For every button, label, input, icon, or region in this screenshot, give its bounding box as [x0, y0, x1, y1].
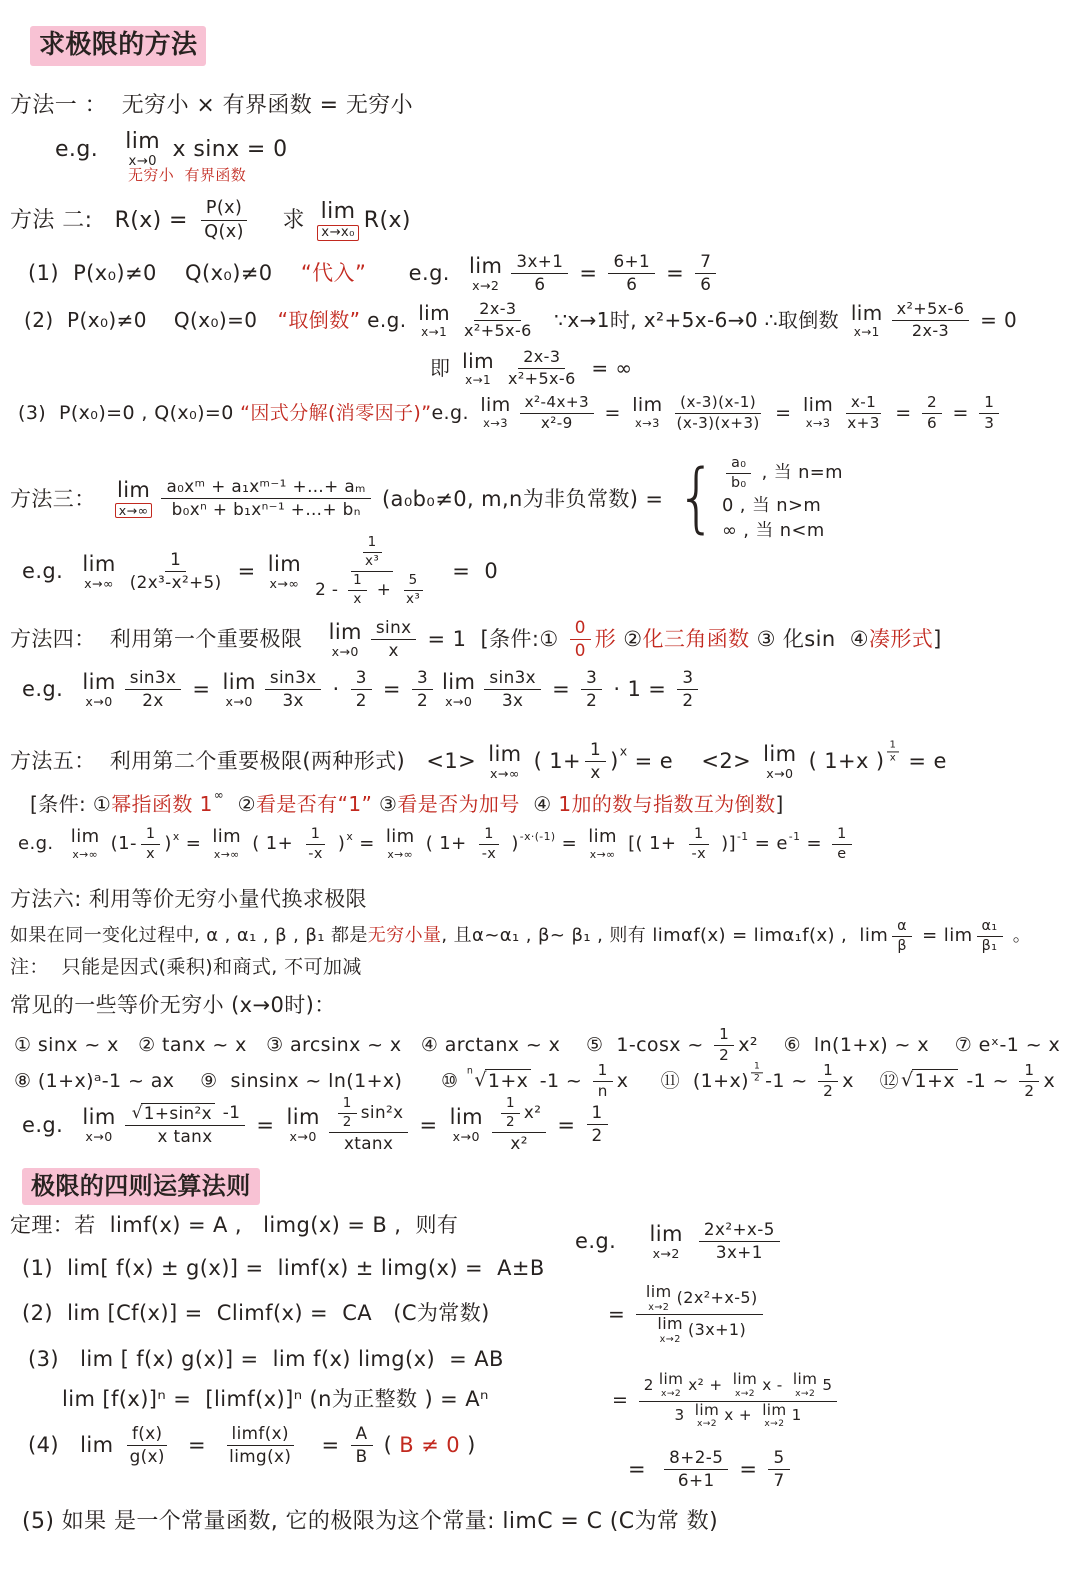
token-row: limf(x): [227, 1424, 294, 1446]
lim-word: lim: [450, 1106, 483, 1128]
text: 即: [430, 356, 457, 381]
text: 5: [822, 1377, 832, 1395]
method-4-heading: 方法四： 利用第一个重要极限 limx→0sinxx = 1 [条件:① 00形…: [10, 618, 942, 661]
text: x: [890, 752, 896, 764]
token-row: x: [348, 591, 366, 608]
lim-subscript: x→∞: [387, 849, 413, 860]
text: ( 1+x ): [802, 748, 885, 774]
text: 方法四： 利用第一个重要极限: [10, 626, 324, 652]
text: =: [608, 1302, 632, 1327]
text: =: [769, 402, 798, 426]
fraction: 00: [570, 618, 591, 661]
text: 1: [984, 394, 994, 412]
lim-subscript: x→∞: [270, 577, 300, 590]
fraction: 2x-3x²+5x-6: [503, 348, 581, 389]
token-row: = 8+2-56+1 = 57: [628, 1448, 794, 1491]
limit: limx→∞: [268, 553, 301, 590]
text: =: [376, 676, 408, 702]
fraction: a₀b₀: [726, 455, 752, 492]
lim-subscript: x→2: [735, 1390, 755, 1400]
text: x² +: [688, 1377, 727, 1395]
method-5-heading: 方法五： 利用第二个重要极限(两种形式) <1> limx→∞ ( 1+1x)x…: [10, 740, 947, 783]
method-1-heading: 方法一 ： 无穷小 × 有界函数 = 无穷小: [10, 92, 413, 120]
text: (3) lim [ f(x) g(x)] = lim f(x) limg(x) …: [28, 1346, 504, 1372]
limit: limx→3: [632, 396, 662, 430]
fraction: 12: [714, 1026, 734, 1065]
text: sin3x: [489, 668, 536, 688]
limit: limx→2: [762, 1403, 786, 1431]
radicand: 1+sin²x: [141, 1103, 215, 1124]
token-row: 1: [689, 826, 709, 845]
limit: limx→2: [657, 1316, 683, 1345]
token-row: 1: [585, 740, 606, 762]
text: (4) lim: [28, 1432, 121, 1458]
text: x tanx: [157, 1127, 212, 1147]
lim-subscript: x→∞: [115, 503, 153, 518]
token-row: 3: [979, 414, 999, 433]
token-row: x tanx: [152, 1126, 217, 1147]
lim-subscript: x→1: [854, 326, 880, 339]
lim-word: lim: [268, 553, 301, 575]
text: x-1: [851, 394, 876, 412]
rule-2: (2) lim [Cf(x)] = Climf(x) = CA (C为常数): [22, 1300, 490, 1326]
text: 1: [590, 740, 601, 760]
token-row: 2x-3: [907, 321, 954, 341]
cases-column: a₀b₀ , 当 n=m0 , 当 n>m∞ , 当 n<m: [722, 455, 843, 542]
lim-word: lim: [286, 1106, 319, 1128]
fraction: a₀xᵐ + a₁xᵐ⁻¹ +…+ aₘb₀xⁿ + b₁xⁿ⁻¹ +…+ bₙ: [161, 477, 370, 520]
red-annotation: 凑形式: [869, 626, 933, 652]
text: 2: [343, 1115, 352, 1131]
text: 1: [506, 1096, 515, 1112]
lim-subscript: x→2: [648, 1303, 669, 1313]
method-1-annotation: 无穷小 有界函数: [128, 166, 246, 185]
text: R(x): [364, 207, 411, 235]
lim-subscript: x→0: [332, 645, 359, 658]
text: 1: [837, 826, 847, 843]
token-row: α₁: [977, 918, 1003, 937]
token-row: 方法 二: R(x) = P(x)Q(x) 求 limx→x₀R(x): [10, 198, 411, 243]
limit: limx→2: [650, 1223, 683, 1260]
text: =: [412, 1112, 444, 1138]
text: ① sinx ~ x ② tanx ~ x ③ arcsinx ~ x ④ ar…: [14, 1034, 710, 1058]
lim-word: lim: [386, 828, 415, 847]
fraction: (x-3)(x-1)(x-3)(x+3): [672, 394, 765, 433]
text: 3: [586, 668, 597, 688]
rules-example-1: e.g. limx→2 2x²+x-53x+1: [575, 1220, 784, 1263]
lim-word: lim: [321, 200, 356, 223]
text: ∞ , 当 n<m: [722, 520, 825, 542]
method-2-case2: (2) P(x₀)≠0 Q(x₀)=0 “取倒数” e.g. limx→12x-…: [24, 300, 1017, 341]
lim-word: lim: [650, 1223, 683, 1245]
token-row: 6: [695, 274, 716, 295]
token-row: e.g. limx→0 x sinx = 0: [55, 130, 288, 169]
fraction: 26: [922, 394, 942, 433]
fraction: α₁β₁: [977, 918, 1003, 955]
lim-word: lim: [632, 396, 662, 416]
text: g(x): [130, 1447, 165, 1467]
text: 方法 二: R(x) =: [10, 207, 195, 235]
method-2-case3: (3) P(x₀)=0 , Q(x₀)=0 “因式分解(消零因子)”e.g. l…: [18, 394, 1003, 433]
token-row: 2 - 1x + 5x³: [310, 572, 434, 608]
token-row: x²+5x-6: [892, 300, 970, 321]
token-row: 2: [412, 690, 433, 711]
token-row: 1: [363, 535, 382, 553]
token-row: 0: [570, 640, 591, 661]
text: (3) P(x₀)=0 , Q(x₀)=0: [18, 402, 240, 426]
fraction: 2x-3x²+5x-6: [459, 300, 537, 341]
lim-word: lim: [588, 828, 617, 847]
text: ⑧ (1+x)ᵃ-1 ~ ax ⑨ sinsinx ~ ln(1+x) ⑩: [14, 1070, 465, 1094]
limit: limx→0: [450, 1106, 483, 1143]
text: (2x²+x-5): [677, 1289, 758, 1308]
text: =: [628, 1456, 660, 1482]
fraction: limf(x)limg(x): [224, 1424, 296, 1467]
text: 2: [417, 691, 428, 711]
token-row: 求极限的方法: [30, 26, 206, 66]
text: e.g.: [366, 260, 464, 286]
fraction: sinxx: [371, 618, 417, 661]
text: 1: [823, 1062, 833, 1080]
equiv-heading: 常见的一些等价无穷小 (x→0时)：: [10, 992, 336, 1018]
token-row: 3: [351, 668, 372, 690]
text: ②: [616, 626, 642, 652]
text: 1: [719, 1026, 729, 1044]
token-row: 2: [338, 1114, 357, 1131]
text: 2: [1024, 1083, 1034, 1101]
fraction: 1x³: [360, 535, 384, 570]
token-row: 2: [501, 1114, 520, 1131]
title-methods: 求极限的方法: [30, 26, 206, 66]
token-row: 0: [570, 618, 591, 640]
text: = e <2>: [628, 748, 759, 774]
token-row: (x-3)(x-1): [675, 394, 761, 414]
text: 1: [592, 1103, 603, 1123]
token-row: limg(x): [224, 1446, 296, 1467]
token-row: 即 limx→12x-3x²+5x-6 = ∞: [430, 348, 632, 389]
text: lim [f(x)]ⁿ = [limf(x)]ⁿ (n为正整数 ) = Aⁿ: [62, 1386, 489, 1412]
token-row: 8+2-5: [664, 1448, 728, 1470]
token-row: 1: [501, 1096, 520, 1114]
text: ]: [933, 626, 942, 652]
text: 2: [823, 1083, 833, 1101]
text: 注： 只能是因式(乘积)和商式, 不可加减: [10, 956, 362, 980]
text: 3x: [282, 691, 303, 711]
radicand: 1+x: [912, 1069, 958, 1094]
text: ∵x→1时, x²+5x-6→0 ∴取倒数: [541, 308, 846, 333]
limit: limx→0: [223, 671, 256, 708]
text: ): [164, 833, 171, 856]
text: -1 ~: [765, 1070, 814, 1094]
token-row: 1: [751, 1062, 763, 1074]
text: 1: [1024, 1062, 1034, 1080]
fraction: 12: [501, 1096, 520, 1131]
superscript: -1: [737, 830, 749, 843]
text: x: [590, 763, 600, 783]
fraction: 13: [979, 394, 999, 433]
text: 2: [644, 1377, 654, 1395]
limit: limx→1: [418, 303, 450, 339]
text: =: [659, 260, 691, 286]
method-2-heading: 方法 二: R(x) = P(x)Q(x) 求 limx→x₀R(x): [10, 198, 411, 243]
text: α: [897, 918, 907, 935]
text: 1: [368, 535, 377, 551]
token-row: g(x): [125, 1446, 170, 1467]
lim-subscript: x→0: [766, 767, 793, 780]
token-row: P(x): [201, 198, 247, 221]
rules-example-4: = 8+2-56+1 = 57: [628, 1448, 794, 1491]
lim-word: lim: [733, 1372, 757, 1388]
text: β: [897, 938, 907, 955]
token-row: Q(x): [199, 221, 249, 243]
fraction: 12: [587, 1103, 608, 1146]
text: 2: [754, 1073, 760, 1084]
text: P(x): [206, 198, 242, 219]
text: a₀xᵐ + a₁xᵐ⁻¹ +…+ aₘ: [166, 477, 365, 497]
text: 3: [356, 668, 367, 688]
token-row: 3 limx→2x + limx→21: [669, 1402, 806, 1431]
token-row: e: [832, 845, 851, 863]
text: =: [545, 676, 577, 702]
limit: limx→0: [763, 743, 796, 780]
token-row: 2: [922, 394, 942, 414]
equiv-list-1: ① sinx ~ x ② tanx ~ x ③ arcsinx ~ x ④ ar…: [14, 1026, 1060, 1065]
token-row: 2: [581, 690, 602, 711]
text: = e: [749, 833, 788, 856]
text: 方法五： 利用第二个重要极限(两种形式) <1>: [10, 748, 483, 774]
fraction: sin3x2x: [125, 668, 182, 711]
text: (x-3)(x+3): [677, 415, 760, 433]
token-row: 1: [714, 1026, 734, 1046]
fraction: P(x)Q(x): [199, 198, 249, 243]
text: 1: [343, 1096, 352, 1112]
text: = e: [901, 748, 946, 774]
text: 5: [773, 1448, 784, 1468]
text: x²: [524, 1103, 541, 1123]
text: +: [371, 580, 397, 600]
token-row: (2x³-x²+5): [125, 572, 227, 593]
token-row: 1: [587, 1103, 608, 1125]
token-row: a₀: [726, 455, 751, 474]
token-row: = 2limx→2x² + limx→2x - limx→253 limx→2x…: [612, 1372, 841, 1430]
limit: limx→2: [733, 1372, 757, 1400]
token-row: 2x²+x-5: [699, 1220, 780, 1242]
token-row: e.g. limx→2 2x²+x-53x+1: [575, 1220, 784, 1263]
fraction: √1+sin²x -1x tanx: [125, 1103, 246, 1147]
text: 如果在同一变化过程中, α , α₁ , β , β₁ 都是: [10, 925, 368, 948]
token-row: 3x+1: [511, 252, 568, 274]
token-row: 方法三： limx→∞a₀xᵐ + a₁xᵐ⁻¹ +…+ aₘb₀xⁿ + b₁…: [10, 455, 843, 542]
token-row: x: [887, 752, 899, 764]
token-row: 3x: [497, 690, 528, 711]
token-row: 1: [306, 826, 326, 845]
lim-subscript: x→3: [483, 418, 508, 430]
lim-word: lim: [803, 396, 833, 416]
fraction: 1e: [832, 826, 852, 863]
text: 3: [674, 1407, 689, 1425]
token-row: (4) lim f(x)g(x) = limf(x)limg(x) = AB (…: [28, 1424, 476, 1467]
method-5-example: e.g. limx→∞ (1-1x)x = limx→∞ ( 1+ 1-x )x…: [18, 826, 856, 863]
text: x²: [510, 1134, 527, 1154]
text: x²+5x-6: [464, 322, 532, 341]
lim-subscript: x→1: [465, 374, 491, 387]
text: 7: [773, 1471, 784, 1491]
text: x²-4x+3: [525, 394, 589, 412]
text: =: [556, 833, 584, 856]
limit: limx→2: [469, 255, 502, 292]
text: = lim: [916, 925, 972, 948]
limit: limx→x₀: [317, 200, 359, 241]
text: · 1 =: [606, 676, 673, 702]
red-annotation: “取倒数”: [278, 308, 361, 333]
text: 2: [586, 691, 597, 711]
token-row: xtanx: [339, 1133, 398, 1154]
method-6-heading: 方法六: 利用等价无穷小量代换求极限: [10, 886, 367, 912]
text: )]: [715, 833, 736, 856]
limit: limx→0: [442, 671, 475, 708]
text: b₀: [731, 475, 747, 492]
text: 2 -: [315, 580, 344, 600]
cases-brace: {: [676, 465, 716, 533]
text: ]: [775, 792, 783, 817]
lim-subscript: x→∞: [590, 849, 616, 860]
token-row: sin3x: [265, 668, 322, 690]
text: =: [249, 1112, 281, 1138]
token-row: x+3: [842, 414, 885, 433]
method-4-example: e.g. limx→0sin3x2x = limx→0sin3x3x · 32 …: [22, 668, 702, 711]
limit: limx→2: [695, 1403, 719, 1431]
token-row: α: [892, 918, 912, 937]
superscript: x: [346, 830, 353, 843]
token-row: x: [384, 640, 404, 661]
rule-4: (4) lim f(x)g(x) = limf(x)limg(x) = AB (…: [28, 1424, 476, 1467]
lim-subscript: x→2: [660, 1335, 681, 1345]
fraction: 1-x: [477, 826, 502, 863]
fraction: sin3x3x: [265, 668, 322, 711]
text: 7: [700, 252, 711, 272]
fraction: x-1x+3: [842, 394, 885, 433]
rule-5: (5) 如果 是一个常量函数, 它的极限为这个常量: limC = C (C为常…: [22, 1508, 718, 1536]
notebook-page: 求极限的方法方法一 ： 无穷小 × 有界函数 = 无穷小e.g. limx→0 …: [0, 0, 1080, 1572]
token-row: 1: [165, 550, 186, 572]
highlighted-heading: 极限的四则运算法则: [22, 1168, 260, 1205]
limit: limx→0: [286, 1106, 319, 1143]
text: [( 1+: [622, 833, 683, 856]
token-row: β₁: [977, 937, 1003, 955]
fraction: 32: [677, 668, 698, 711]
title-rules: 极限的四则运算法则: [22, 1168, 260, 1205]
token-row: 3x+1: [711, 1242, 768, 1263]
text: x²-9: [541, 415, 573, 433]
lim-word: lim: [82, 671, 115, 693]
token-row: e.g. limx→∞1(2x³-x²+5) = limx→∞1x³2 - 1x…: [22, 535, 498, 607]
red-annotation: “代入”: [301, 260, 366, 286]
text: 1: [170, 550, 181, 570]
method-6-rule: 如果在同一变化过程中, α , α₁ , β , β₁ 都是无穷小量, 且α~α…: [10, 918, 1031, 955]
text: 2: [927, 394, 937, 412]
lim-word: lim: [462, 351, 494, 372]
lim-word: lim: [657, 1316, 683, 1333]
text: 5: [409, 573, 418, 589]
text: =: [174, 1432, 220, 1458]
lim-subscript: x→∞: [72, 849, 98, 860]
text: 2x-3: [523, 348, 560, 367]
limit: limx→3: [803, 396, 833, 430]
text: -1 ~: [533, 1070, 588, 1094]
lim-subscript: x→2: [653, 1247, 680, 1260]
text: 1: [890, 739, 897, 751]
text: ③ 化sin ④: [750, 626, 869, 652]
text: ④: [520, 792, 559, 817]
text: 1: [694, 826, 704, 843]
text: 2: [506, 1115, 515, 1131]
red-annotation: 看是否有“1”: [256, 792, 372, 817]
token-row: 2x: [137, 690, 168, 711]
token-row: -x: [303, 845, 328, 863]
text: 求: [253, 207, 312, 235]
limit: limx→0: [82, 1106, 115, 1143]
limit: limx→0: [329, 621, 362, 658]
lim-word: lim: [329, 621, 362, 643]
limit: limx→1: [462, 351, 494, 387]
text: 3: [984, 415, 994, 433]
lim-subscript: x→∞: [214, 849, 240, 860]
token-row: (3) P(x₀)=0 , Q(x₀)=0 “因式分解(消零因子)”e.g. l…: [18, 394, 1003, 433]
text: =: [800, 833, 828, 856]
text: sin3x: [270, 668, 317, 688]
token-row: 2: [587, 1125, 608, 1146]
text: =: [300, 1432, 346, 1458]
text: -1: [217, 1103, 240, 1123]
token-row: 方法五： 利用第二个重要极限(两种形式) <1> limx→∞ ( 1+1x)x…: [10, 740, 947, 783]
token-row: B: [351, 1446, 373, 1467]
rules-theorem: 定理：若 limf(x) = A , limg(x) = B , 则有: [10, 1212, 458, 1238]
limit: limx→2: [659, 1372, 683, 1400]
token-row: 如果在同一变化过程中, α , α₁ , β , β₁ 都是无穷小量, 且α~α…: [10, 918, 1031, 955]
token-row: 6+1: [673, 1470, 720, 1491]
fraction: 12x²x²: [492, 1096, 546, 1154]
text: e.g.: [22, 1112, 77, 1138]
text: α₁: [982, 918, 998, 935]
token-row: 1: [593, 1062, 613, 1082]
text: ): [460, 1432, 476, 1458]
text: (5) 如果 是一个常量函数, 它的极限为这个常量: limC = C (C为常…: [22, 1508, 718, 1536]
lim-word: lim: [659, 1372, 683, 1388]
text: (2) P(x₀)≠0 Q(x₀)=0: [24, 308, 278, 333]
token-row: sinx: [371, 618, 417, 640]
token-row: 5: [404, 573, 423, 591]
lim-subscript: x→x₀: [317, 225, 359, 241]
text: 1: [146, 826, 156, 843]
limit: limx→0: [125, 130, 160, 169]
text: β₁: [982, 938, 998, 955]
lim-subscript: x→∞: [490, 767, 520, 780]
lim-word: lim: [488, 743, 521, 765]
lim-word: lim: [480, 396, 510, 416]
token-row: x²: [505, 1133, 532, 1154]
token-row: 1: [348, 573, 367, 591]
lim-word: lim: [71, 828, 100, 847]
fraction: 32: [581, 668, 602, 711]
text: 2: [356, 691, 367, 711]
fraction: 1x: [348, 573, 367, 608]
fraction: 3x+16: [511, 252, 568, 295]
token-row: 1: [338, 1096, 357, 1114]
fraction: 1x³2 - 1x + 5x³: [310, 535, 434, 607]
rule-1: (1) lim[ f(x) ± g(x)] = limf(x) ± limg(x…: [22, 1255, 545, 1281]
text: 1: [353, 573, 362, 589]
text: -x: [692, 846, 707, 863]
